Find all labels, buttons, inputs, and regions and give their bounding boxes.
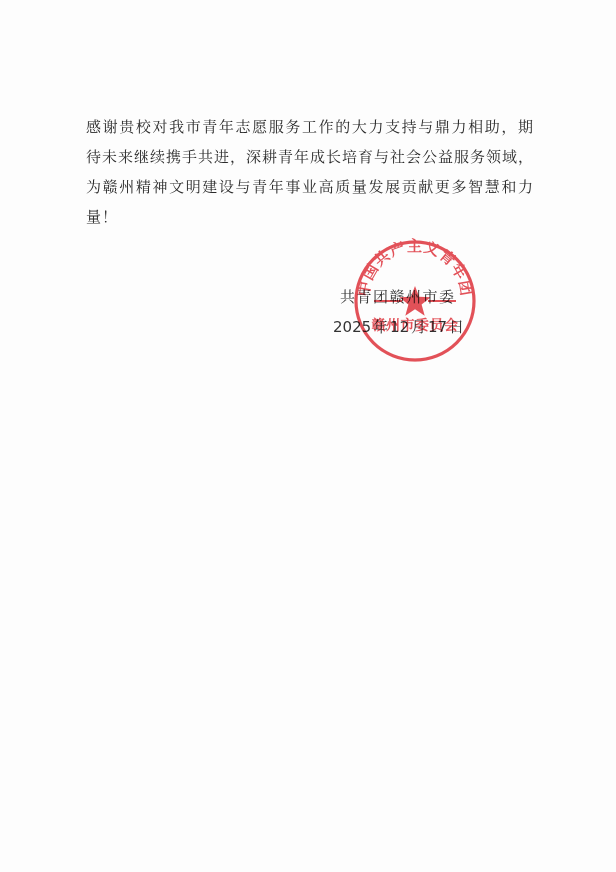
paragraph-line-3: 为赣州精神文明建设与青年事业高质量发展贡献更多智慧和力	[86, 172, 534, 202]
letter-body: 感谢贵校对我市青年志愿服务工作的大力支持与鼎力相助，期 待未来继续携手共进，深耕…	[86, 112, 534, 232]
paragraph-line-1: 感谢贵校对我市青年志愿服务工作的大力支持与鼎力相助，期	[86, 112, 534, 142]
paragraph-line-4: 量！	[86, 202, 534, 232]
official-seal-icon: 中国共产主义青年团 赣州市委员会	[352, 238, 478, 364]
seal-star-icon	[399, 286, 430, 316]
document-page: 感谢贵校对我市青年志愿服务工作的大力支持与鼎力相助，期 待未来继续携手共进，深耕…	[0, 0, 616, 872]
seal-bottom-text: 赣州市委员会	[372, 317, 459, 334]
paragraph-line-2: 待未来继续携手共进，深耕青年成长培育与社会公益服务领域，	[86, 142, 534, 172]
